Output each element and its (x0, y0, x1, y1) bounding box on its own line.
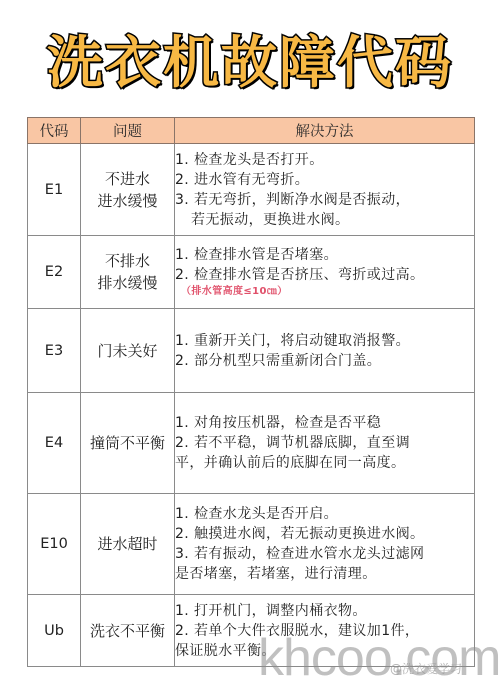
cell-solution: 1. 检查龙头是否打开。 2. 进水管有无弯折。 3. 若无弯折，判断净水阀是否… (175, 144, 475, 236)
cell-issue: 进水超时 (81, 494, 175, 595)
issue-line: 进水缓慢 (81, 190, 174, 212)
cell-issue: 不排水 排水缓慢 (81, 236, 175, 309)
header-solution: 解决方法 (175, 118, 475, 144)
solution-line: 1. 重新开关门，将启动键取消报警。 (175, 331, 474, 351)
cell-code: Ub (28, 595, 81, 667)
issue-line: 撞筒不平衡 (81, 432, 174, 454)
page-title: 洗衣机故障代码 (0, 28, 500, 98)
solution-line: 若无振动，更换进水阀。 (175, 210, 474, 230)
site-watermark: khcoo.com (258, 628, 500, 688)
cell-code: E10 (28, 494, 81, 595)
table-header-row: 代码 问题 解决方法 (28, 118, 475, 144)
cell-code: E1 (28, 144, 81, 236)
solution-line: 1. 检查排水管是否堵塞。 (175, 245, 474, 265)
cell-solution: 1. 重新开关门，将启动键取消报警。 2. 部分机型只需重新闭合门盖。 (175, 309, 475, 393)
cell-issue: 洗衣不平衡 (81, 595, 175, 667)
table-row-e3: E3 门未关好 1. 重新开关门，将启动键取消报警。 2. 部分机型只需重新闭合… (28, 309, 475, 393)
solution-line: 2. 若不平稳，调节机器底脚，直至调 (175, 433, 474, 453)
issue-line: 洗衣不平衡 (81, 620, 174, 642)
table-row-e2: E2 不排水 排水缓慢 1. 检查排水管是否堵塞。 2. 检查排水管是否挤压、弯… (28, 236, 475, 309)
header-code: 代码 (28, 118, 81, 144)
table-row-e4: E4 撞筒不平衡 1. 对角按压机器，检查是否平稳 2. 若不平稳，调节机器底脚… (28, 393, 475, 494)
solution-line: 1. 对角按压机器，检查是否平稳 (175, 413, 474, 433)
issue-line: 不进水 (81, 168, 174, 190)
cell-code: E2 (28, 236, 81, 309)
solution-line: 2. 部分机型只需重新闭合门盖。 (175, 351, 474, 371)
issue-line: 排水缓慢 (81, 272, 174, 294)
cell-issue: 门未关好 (81, 309, 175, 393)
solution-line: 3. 若有振动，检查进水管水龙头过滤网 (175, 544, 474, 564)
cell-code: E3 (28, 309, 81, 393)
cell-issue: 不进水 进水缓慢 (81, 144, 175, 236)
solution-line: 2. 检查排水管是否挤压、弯折或过高。 (175, 265, 474, 285)
cell-issue: 撞筒不平衡 (81, 393, 175, 494)
issue-line: 进水超时 (81, 533, 174, 555)
solution-line: 平，并确认前后的底脚在同一高度。 (175, 453, 474, 473)
account-watermark: @洗衣爱学习 (390, 660, 462, 677)
solution-line: 1. 打开机门，调整内桶衣物。 (175, 601, 474, 621)
table-row-e10: E10 进水超时 1. 检查水龙头是否开启。 2. 触摸进水阀，若无振动更换进水… (28, 494, 475, 595)
solution-line: 1. 检查龙头是否打开。 (175, 150, 474, 170)
drain-height-note: （排水管高度≤10㎝） (175, 285, 474, 299)
table-row-e1: E1 不进水 进水缓慢 1. 检查龙头是否打开。 2. 进水管有无弯折。 3. … (28, 144, 475, 236)
cell-solution: 1. 检查排水管是否堵塞。 2. 检查排水管是否挤压、弯折或过高。 （排水管高度… (175, 236, 475, 309)
solution-line: 是否堵塞，若堵塞，进行清理。 (175, 564, 474, 584)
header-issue: 问题 (81, 118, 175, 144)
solution-line: 3. 若无弯折，判断净水阀是否振动， (175, 190, 474, 210)
solution-line: 2. 进水管有无弯折。 (175, 170, 474, 190)
issue-line: 门未关好 (81, 340, 174, 362)
solution-line: 1. 检查水龙头是否开启。 (175, 504, 474, 524)
cell-code: E4 (28, 393, 81, 494)
cell-solution: 1. 对角按压机器，检查是否平稳 2. 若不平稳，调节机器底脚，直至调 平，并确… (175, 393, 475, 494)
cell-solution: 1. 检查水龙头是否开启。 2. 触摸进水阀，若无振动更换进水阀。 3. 若有振… (175, 494, 475, 595)
solution-line: 2. 触摸进水阀，若无振动更换进水阀。 (175, 524, 474, 544)
fault-code-table: 代码 问题 解决方法 E1 不进水 进水缓慢 1. 检查龙头是否打开。 2. 进… (27, 117, 475, 667)
issue-line: 不排水 (81, 250, 174, 272)
